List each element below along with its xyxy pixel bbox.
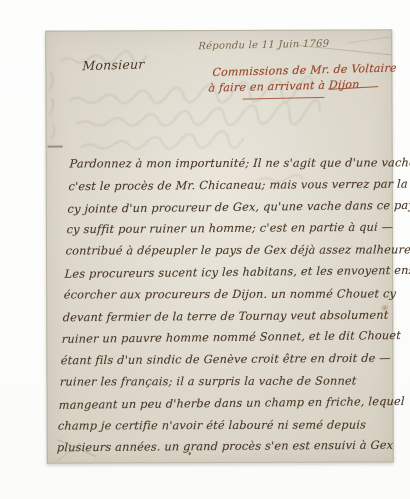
letter-line: ruiner les français; il a surpris la vac… [59, 370, 382, 393]
letter-line: Pardonnez à mon importunité; Il ne s'agi… [69, 152, 392, 175]
letter-line: ruiner un pauvre homme nommé Sonnet, et … [61, 326, 384, 351]
photograph-background: Répondu le 11 Juin 1769 Monsieur Commiss… [0, 0, 410, 499]
stain-spot [380, 304, 389, 311]
letter-line: contribué à dépeupler le pays de Gex déj… [65, 240, 388, 263]
letter-body: Pardonnez à mon importunité; Il ne s'agi… [56, 152, 392, 460]
letter-line: mangeant un peu d'herbe dans un champ en… [58, 391, 381, 416]
letter-line: Les procureurs sucent icy les habitans, … [64, 260, 387, 285]
letter-line: plusieurs années. un grand procès s'en e… [56, 435, 379, 459]
letter-line: écorcher aux procureurs de Dijon. un nom… [63, 283, 386, 306]
letter-line: étant fils d'un sindic de Genève croit ê… [60, 348, 383, 372]
margin-dash [48, 146, 63, 148]
letter-line: champ je certifie n'avoir été labouré ni… [57, 414, 380, 437]
letter-line: cy jointe d'un procureur de Gex, qu'une … [67, 195, 390, 220]
letter-line: c'est le procès de Mr. Chicaneau; mais v… [68, 173, 391, 197]
letter-sheet: Répondu le 11 Juin 1769 Monsieur Commiss… [45, 29, 394, 463]
salutation: Monsieur [82, 56, 145, 73]
letter-line: cy suffit pour ruiner un homme; c'est en… [66, 217, 389, 241]
